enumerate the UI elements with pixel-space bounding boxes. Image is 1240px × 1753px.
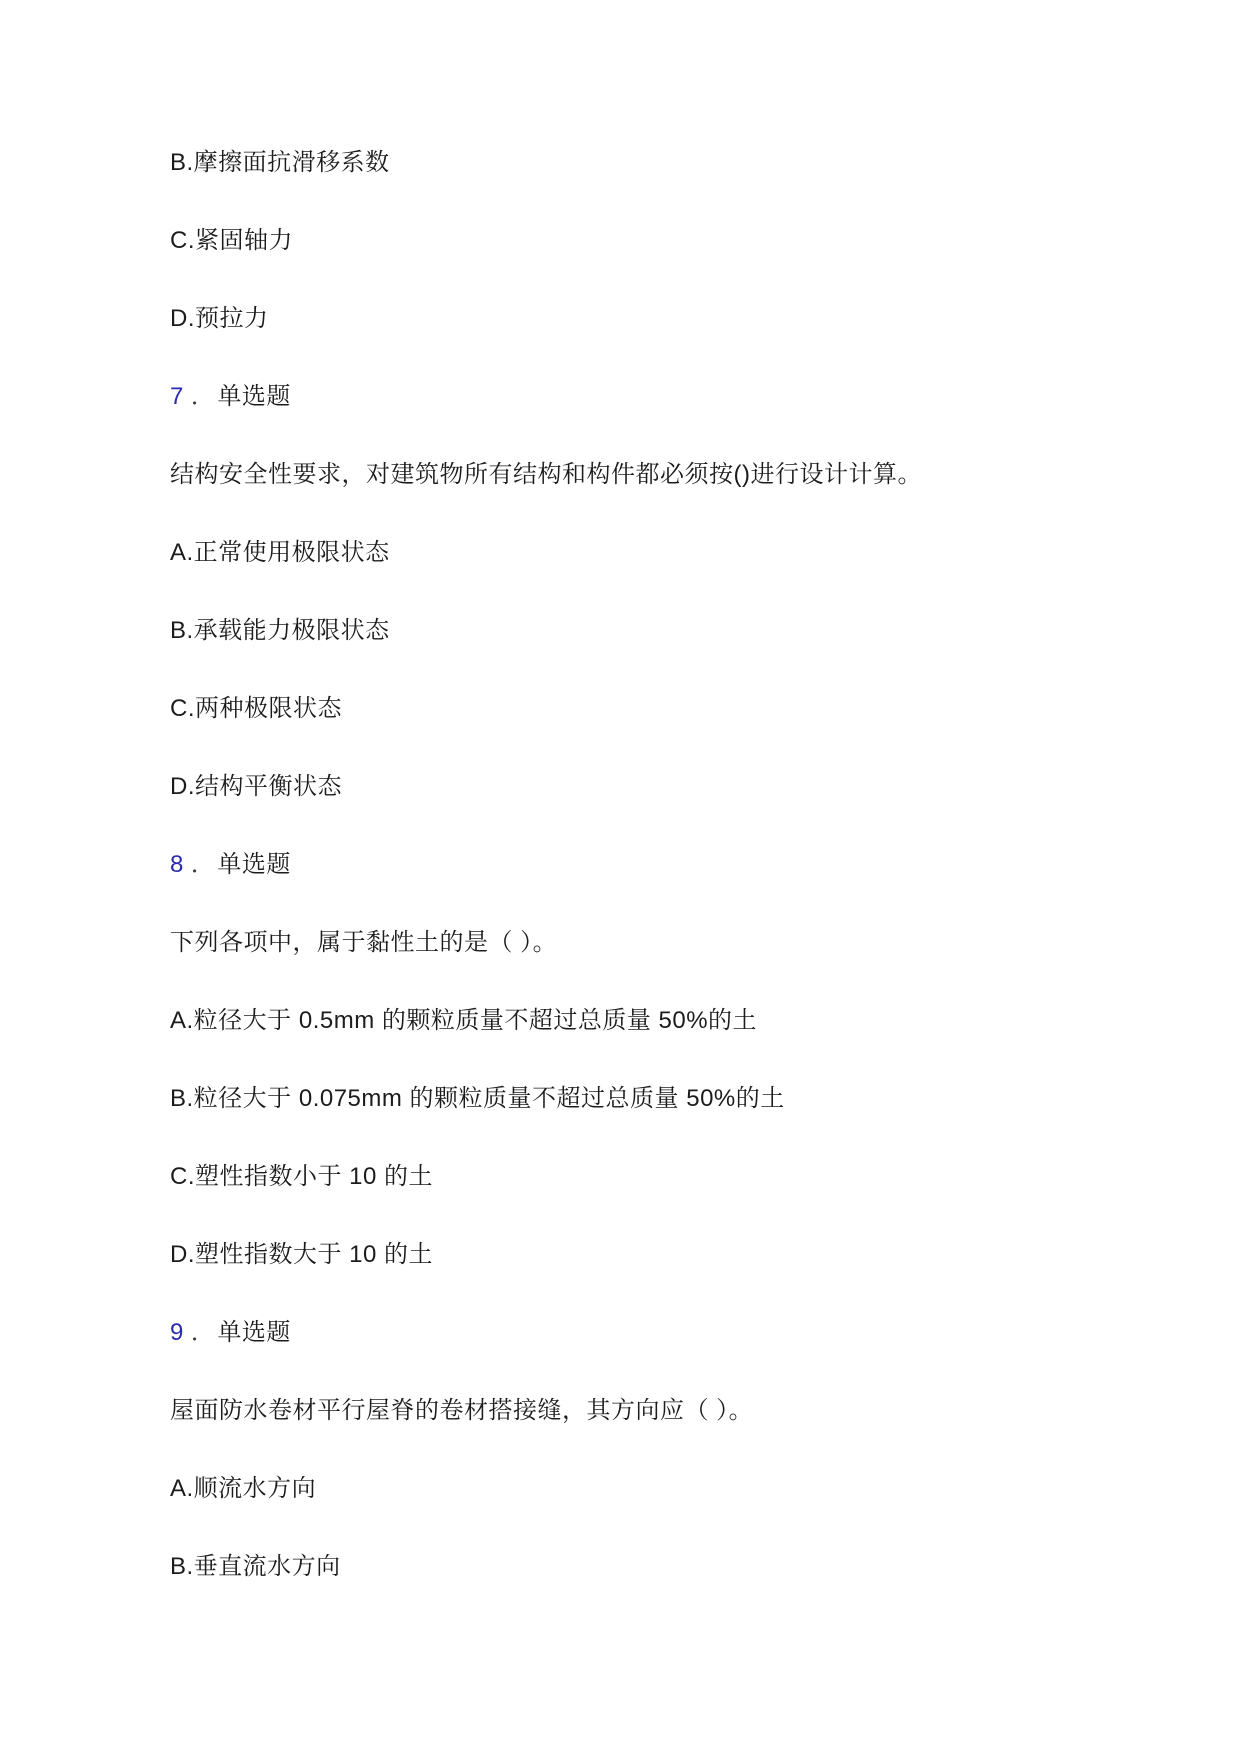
- option-line: D.塑性指数大于 10 的土: [170, 1238, 433, 1272]
- option-line: D.结构平衡状态: [170, 770, 342, 804]
- exam-document-page: B.摩擦面抗滑移系数 C.紧固轴力 D.预拉力 7．单选题 结构安全性要求，对建…: [0, 0, 1240, 1753]
- option-line: A.正常使用极限状态: [170, 536, 390, 570]
- option-line: C.两种极限状态: [170, 692, 342, 726]
- question-header: 7．单选题: [170, 380, 291, 414]
- question-header: 8．单选题: [170, 848, 291, 882]
- question-number-dot: ．: [191, 383, 216, 410]
- question-number-dot: ．: [191, 851, 216, 878]
- option-line: B.粒径大于 0.075mm 的颗粒质量不超过总质量 50%的土: [170, 1082, 785, 1116]
- option-line: D.预拉力: [170, 302, 269, 336]
- option-line: A.顺流水方向: [170, 1472, 316, 1506]
- option-line: B.摩擦面抗滑移系数: [170, 146, 390, 180]
- question-type-label: 单选题: [217, 383, 291, 410]
- option-line: B.承载能力极限状态: [170, 614, 390, 648]
- question-header: 9．单选题: [170, 1316, 291, 1350]
- question-stem: 下列各项中，属于黏性土的是（ ）。: [170, 926, 557, 960]
- question-number-dot: ．: [191, 1319, 216, 1346]
- question-type-label: 单选题: [217, 851, 291, 878]
- option-line: B.垂直流水方向: [170, 1550, 341, 1584]
- question-stem: 屋面防水卷材平行屋脊的卷材搭接缝，其方向应（ ）。: [170, 1394, 753, 1428]
- option-line: C.紧固轴力: [170, 224, 293, 258]
- option-line: A.粒径大于 0.5mm 的颗粒质量不超过总质量 50%的土: [170, 1004, 757, 1038]
- question-number: 8: [170, 851, 184, 878]
- option-line: C.塑性指数小于 10 的土: [170, 1160, 433, 1194]
- question-type-label: 单选题: [217, 1319, 291, 1346]
- question-number: 7: [170, 383, 184, 410]
- question-stem: 结构安全性要求，对建筑物所有结构和构件都必须按()进行设计计算。: [170, 458, 922, 492]
- question-number: 9: [170, 1319, 184, 1346]
